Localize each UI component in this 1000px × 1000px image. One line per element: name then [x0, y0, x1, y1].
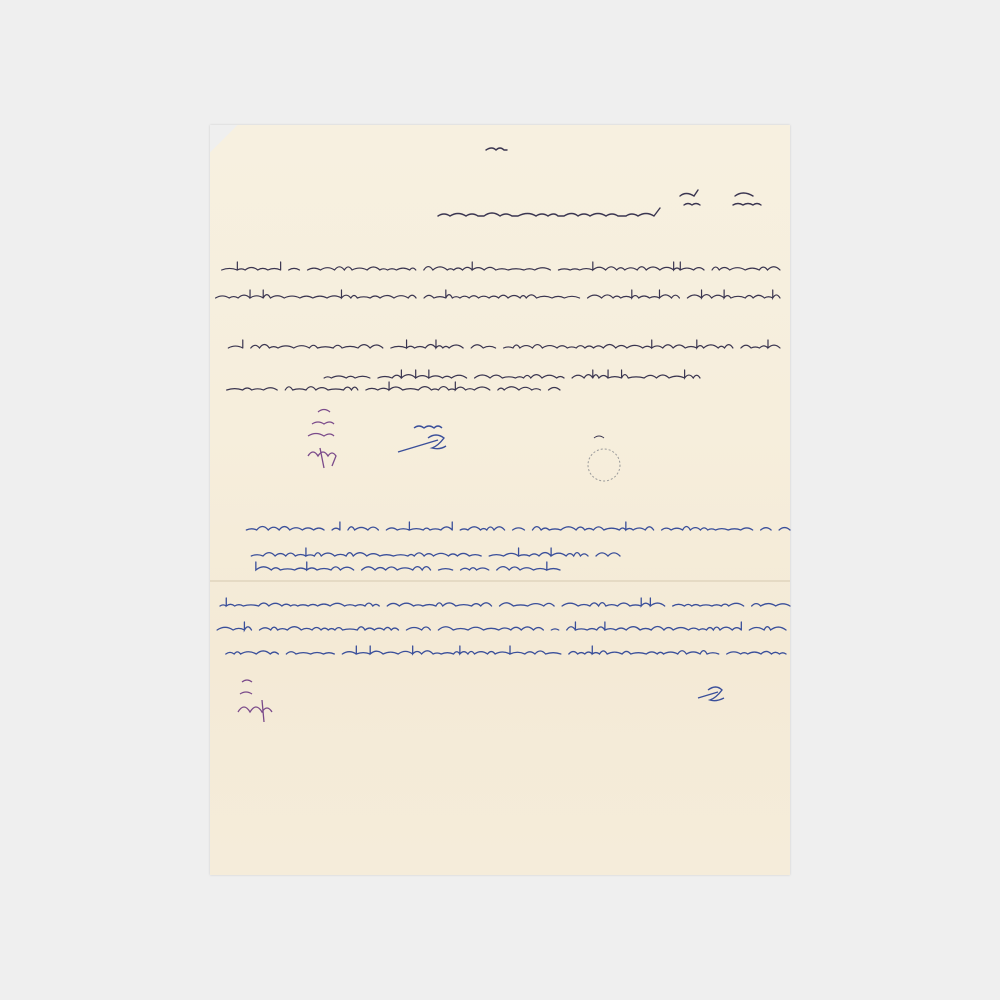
document-page: Scanned handwritten Ottoman document wit…: [210, 125, 790, 875]
